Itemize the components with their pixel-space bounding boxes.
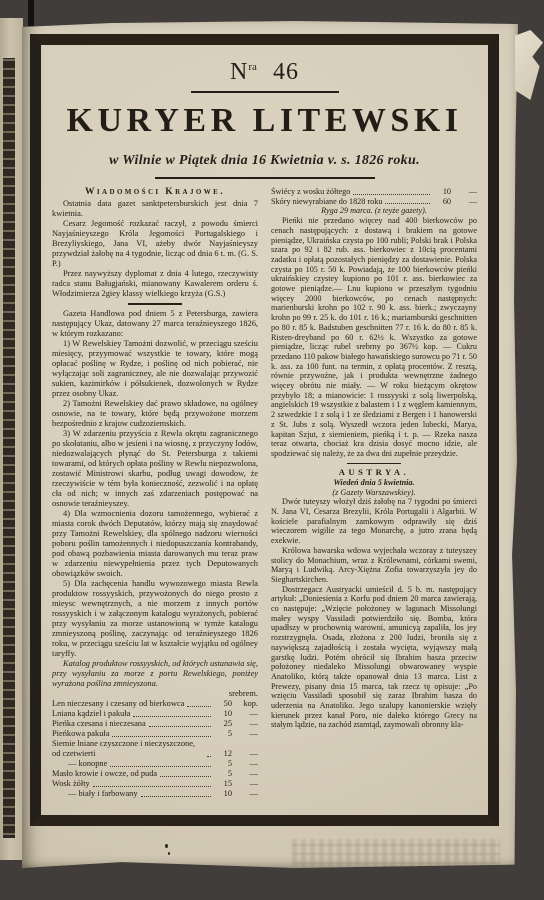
news-paragraph: 4) Dla wzmocnienia dozoru tamożennego, w… <box>52 509 258 579</box>
tariff-value: 50 <box>214 699 232 709</box>
news-paragraph: Dwór tuteyszy włożył dziś żałobę na 7 ty… <box>271 497 477 546</box>
decorative-frame: Nra46 KURYER LITEWSKI w Wilnie w Piątek … <box>30 34 499 826</box>
left-intro-paragraphs: Ostatnia data gazet sanktpetersburskich … <box>52 199 258 299</box>
tariff-item: — biały i farbowany <box>52 789 138 799</box>
news-paragraph: Gazeta Handlowa pod dniem 5 z Petersburg… <box>52 309 258 339</box>
ink-speck <box>168 852 170 855</box>
dot-leader <box>187 706 211 707</box>
tariff-item: — konopne <box>52 759 107 769</box>
news-paragraph: 3) W zdarzeniu przyyścia z Rewla okrętu … <box>52 429 258 509</box>
tariff-item: Pieńka czesana i nieczesana <box>52 719 146 729</box>
tariff-unit: — <box>451 187 477 197</box>
tariff-row: — biały i farbowany 10 — <box>52 789 258 799</box>
tariff-item: Lniana kądziel i pakuła <box>52 709 130 719</box>
section-heading-domestic-news: Wiadomości Krajowe. <box>52 187 258 197</box>
article-separator-rule <box>128 303 182 305</box>
tariff-row: Wosk żółty 15 — <box>52 779 258 789</box>
masthead: Nra46 KURYER LITEWSKI w Wilnie w Piątek … <box>52 59 477 179</box>
austria-dateline: Wiedeń dnia 5 kwietnia. <box>271 478 477 488</box>
news-paragraph: 5) Dla zachęcenia handlu wywozowego mias… <box>52 579 258 659</box>
tariff-unit: — <box>232 779 258 789</box>
tariff-unit: — <box>232 719 258 729</box>
dot-leader <box>93 786 211 787</box>
body-columns: Wiadomości Krajowe. Ostatnia data gazet … <box>52 187 477 806</box>
tariff-row: Lniana kądziel i pakuła 10 — <box>52 709 258 719</box>
austria-source: (z Gazety Warszawskiey). <box>271 488 477 498</box>
tariff-item: Wosk żółty <box>52 779 90 789</box>
dot-leader <box>353 194 430 195</box>
news-paragraph: 1) W Rewelskiey Tamożni dozwolić, w prze… <box>52 339 258 399</box>
currency-note: srebrem. <box>52 689 258 699</box>
tariff-value: 15 <box>214 779 232 789</box>
issue-prefix: N <box>230 59 248 85</box>
tariff-row: Pieńka czesana i nieczesana 25 — <box>52 719 258 729</box>
tariff-row: Pieńkowa pakuła 5 — <box>52 729 258 739</box>
ink-speck <box>165 844 168 848</box>
tariff-item: Skóry niewyrabiane do 1828 roku <box>271 197 382 207</box>
dot-leader <box>207 756 211 757</box>
tariff-unit: — <box>232 769 258 779</box>
tariff-unit: — <box>232 729 258 739</box>
tariff-value: 25 <box>214 719 232 729</box>
news-paragraph: Katalog produktow rossyyskich, od któryc… <box>52 659 258 689</box>
tariff-value: 60 <box>433 197 451 207</box>
news-paragraph: Królowa bawarska wdowa wyjechała wczoray… <box>271 546 477 585</box>
tariff-item: Świécy z wosku żółtego <box>271 187 350 197</box>
news-paragraph: Cesarz Jegomość rozkazać raczył, z powod… <box>52 219 258 269</box>
article-separator-rule <box>347 463 401 465</box>
paper-tear <box>515 30 543 100</box>
tariff-row: Skóry niewyrabiane do 1828 roku 60 — <box>271 197 477 207</box>
dot-leader <box>160 776 211 777</box>
dateline-rule <box>155 177 375 179</box>
tariff-row: Siemie lniane czyszczone i nieczyszczone… <box>52 739 258 759</box>
dot-leader <box>133 716 211 717</box>
tariff-value: 12 <box>214 749 232 759</box>
ukaz-paragraphs: Gazeta Handlowa pod dniem 5 z Petersburg… <box>52 309 258 689</box>
ink-speck <box>161 877 164 880</box>
left-column: Wiadomości Krajowe. Ostatnia data gazet … <box>52 187 258 806</box>
tariff-item: Masło krowie i owcze, od puda <box>52 769 157 779</box>
tariff-table: Len nieczesany i czesany od bierkowca 50… <box>52 699 258 799</box>
tariff-unit: — <box>232 709 258 719</box>
dot-leader <box>110 766 211 767</box>
tariff-value: 5 <box>214 769 232 779</box>
riga-article-text: Pieńki nie przedano więcey nad 400 bierk… <box>271 216 477 459</box>
tariff-item: Pieńkowa pakuła <box>52 729 109 739</box>
dot-leader <box>149 726 211 727</box>
news-paragraph: Dostrzegacz Austryacki umieścił d. 5 b. … <box>271 585 477 731</box>
austria-paragraphs: Dwór tuteyszy włożył dziś żałobę na 7 ty… <box>271 497 477 730</box>
dot-leader <box>112 736 211 737</box>
tariff-item: Siemie lniane czyszczone i nieczyszczone… <box>52 739 204 759</box>
tariff-value: 10 <box>214 789 232 799</box>
dateline: w Wilnie w Piątek dnia 16 Kwietnia v. s.… <box>52 153 477 169</box>
page-edge-mark <box>28 0 34 26</box>
austria-section-heading: Austrya. <box>271 468 477 478</box>
adjacent-page-strip <box>0 18 23 860</box>
tariff-table-continued: Świécy z wosku żółtego 10 — Skóry niewyr… <box>271 187 477 206</box>
page-content: Nra46 KURYER LITEWSKI w Wilnie w Piątek … <box>41 45 488 815</box>
issue-value: 46 <box>273 59 299 85</box>
tariff-row: Len nieczesany i czesany od bierkowca 50… <box>52 699 258 709</box>
tariff-unit: — <box>451 197 477 207</box>
tariff-row: Masło krowie i owcze, od puda 5 — <box>52 769 258 779</box>
tariff-value: 10 <box>433 187 451 197</box>
tariff-unit: — <box>232 759 258 769</box>
newspaper-title: KURYER LITEWSKI <box>52 102 477 140</box>
show-through-text <box>292 839 500 867</box>
tariff-row: — konopne 5 — <box>52 759 258 769</box>
issue-superscript: ra <box>248 61 257 73</box>
tariff-row: Świécy z wosku żółtego 10 — <box>271 187 477 197</box>
riga-article-heading: Ryga 29 marca. (z teyże gazety). <box>271 206 477 216</box>
tariff-value: 10 <box>214 709 232 719</box>
adjacent-page-border <box>3 58 15 838</box>
news-paragraph: Przez naywyższy dyplomat z dnia 4 lutego… <box>52 269 258 299</box>
tariff-item: Len nieczesany i czesany od bierkowca <box>52 699 184 709</box>
tariff-unit: kop. <box>232 699 258 709</box>
dot-leader <box>141 796 211 797</box>
news-paragraph: 2) Tamożni Rewelskiey dać prawo składowe… <box>52 399 258 429</box>
tariff-unit: — <box>232 789 258 799</box>
right-column: Świécy z wosku żółtego 10 — Skóry niewyr… <box>271 187 477 806</box>
tariff-value: 5 <box>214 729 232 739</box>
issue-number: Nra46 <box>52 59 477 86</box>
news-paragraph: Ostatnia data gazet sanktpetersburskich … <box>52 199 258 219</box>
issue-rule <box>191 91 339 93</box>
newspaper-sheet: Nra46 KURYER LITEWSKI w Wilnie w Piątek … <box>22 21 518 868</box>
tariff-value: 5 <box>214 759 232 769</box>
tariff-unit: — <box>232 749 258 759</box>
dot-leader <box>385 203 430 204</box>
